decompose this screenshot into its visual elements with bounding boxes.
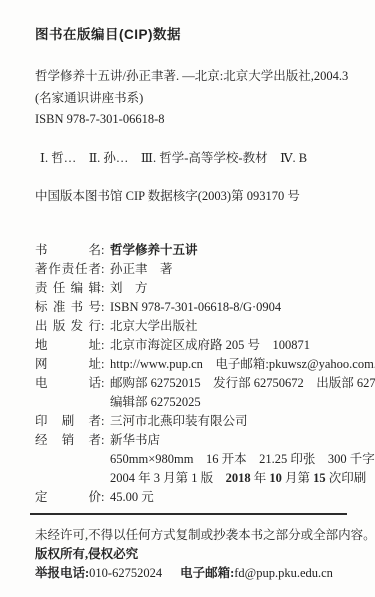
- publication-row-label: 定价: [35, 488, 101, 507]
- publication-row-label: 电话: [35, 374, 101, 393]
- report-email-label: 电子邮箱:: [180, 566, 234, 580]
- publication-row-value: 45.00 元: [110, 488, 154, 507]
- publication-row-value: 刘 方: [110, 279, 148, 298]
- publication-row-colon: :: [101, 374, 110, 393]
- publication-row-colon: [101, 450, 110, 469]
- cip-classification-line: Ⅰ. 哲… Ⅱ. 孙… Ⅲ. 哲学-高等学校-教材 Ⅳ. B: [40, 148, 375, 169]
- report-line: 举报电话:010-62752024电子邮箱:fd@pup.pku.edu.cn: [35, 564, 375, 583]
- publication-row-label: 地址: [35, 336, 101, 355]
- publication-row: 著作责任者:孙正聿 著: [35, 260, 375, 279]
- publication-row: 电话:邮购部 62752015 发行部 62750672 出版部 6275496…: [35, 374, 375, 393]
- publication-row-value: 650mm×980mm 16 开本 21.25 印张 300 千字: [110, 450, 375, 469]
- publication-value-part: 2018: [226, 471, 251, 485]
- publication-row: 印刷者:三河市北燕印装有限公司: [35, 412, 375, 431]
- publication-value-part: 10: [269, 471, 282, 485]
- publication-row: 地址:北京市海淀区成府路 205 号 100871: [35, 336, 375, 355]
- publication-row-value: 新华书店: [110, 431, 160, 450]
- publication-row-colon: :: [101, 241, 110, 260]
- publication-row-label: 书名: [35, 241, 101, 260]
- publication-row-label: 经销者: [35, 431, 101, 450]
- publication-row-colon: :: [101, 412, 110, 431]
- publication-row-colon: :: [101, 317, 110, 336]
- publication-row-colon: :: [101, 279, 110, 298]
- publication-row-label: [35, 393, 101, 412]
- publication-row-value: 北京大学出版社: [110, 317, 198, 336]
- copyright-statement: 版权所有,侵权必究: [35, 545, 375, 564]
- publication-value-part: 月第: [282, 471, 313, 485]
- publication-row-label: 责任编辑: [35, 279, 101, 298]
- publication-row: 书名:哲学修养十五讲: [35, 241, 375, 260]
- publication-row-colon: [101, 469, 110, 488]
- publication-row-value: 邮购部 62752015 发行部 62750672 出版部 62754962: [110, 374, 375, 393]
- publication-row-colon: :: [101, 488, 110, 507]
- publication-row: 定价:45.00 元: [35, 488, 375, 507]
- publication-info: 书名:哲学修养十五讲著作责任者:孙正聿 著责任编辑:刘 方标准书号:ISBN 9…: [35, 241, 375, 507]
- publication-row-value: 2004 年 3 月第 1 版 2018 年 10 月第 15 次印刷: [110, 469, 366, 488]
- publication-value-part: 2004 年 3 月第 1 版: [110, 471, 226, 485]
- publication-value-part: 年: [251, 471, 270, 485]
- copyright-notice: 未经许可,不得以任何方式复制或抄袭本书之部分或全部内容。 版权所有,侵权必究 举…: [35, 526, 375, 583]
- publication-row-label: 标准书号: [35, 298, 101, 317]
- publication-row-value: 三河市北燕印装有限公司: [110, 412, 248, 431]
- publication-row: 出版发行:北京大学出版社: [35, 317, 375, 336]
- publication-row: 网址:http://www.pup.cn 电子邮箱:pkuwsz@yahoo.c…: [35, 355, 375, 374]
- publication-row-colon: [101, 393, 110, 412]
- cip-block: 哲学修养十五讲/孙正聿著. —北京:北京大学出版社,2004.3 (名家通识讲座…: [35, 66, 375, 131]
- publication-row: 责任编辑:刘 方: [35, 279, 375, 298]
- publication-value-part: 15: [313, 471, 326, 485]
- publication-row-label: 著作责任者: [35, 260, 101, 279]
- report-phone-label: 举报电话:: [35, 566, 89, 580]
- publication-row: 编辑部 62752025: [35, 393, 375, 412]
- publication-row-value: http://www.pup.cn 电子邮箱:pkuwsz@yahoo.com.…: [110, 355, 375, 374]
- publication-row: 标准书号:ISBN 978-7-301-06618-8/G·0904: [35, 298, 375, 317]
- report-phone-value: 010-62752024: [89, 566, 162, 580]
- publication-row-value: 孙正聿 著: [110, 260, 173, 279]
- publication-row-colon: :: [101, 298, 110, 317]
- publication-row-colon: :: [101, 355, 110, 374]
- publication-row-value: 哲学修养十五讲: [110, 241, 198, 260]
- publication-row-label: 出版发行: [35, 317, 101, 336]
- notice-line: 未经许可,不得以任何方式复制或抄袭本书之部分或全部内容。: [35, 526, 375, 545]
- cip-series-line: (名家通识讲座书系): [35, 88, 375, 110]
- divider-rule: [30, 513, 347, 515]
- publication-row-label: 印刷者: [35, 412, 101, 431]
- cip-record-line: 中国版本图书馆 CIP 数据核字(2003)第 093170 号: [35, 186, 375, 207]
- cip-isbn-line: ISBN 978-7-301-06618-8: [35, 109, 375, 131]
- publication-row-colon: :: [101, 431, 110, 450]
- publication-row-value: ISBN 978-7-301-06618-8/G·0904: [110, 298, 281, 317]
- publication-row-colon: :: [101, 336, 110, 355]
- report-email-value: fd@pup.pku.edu.cn: [234, 566, 333, 580]
- publication-row: 经销者:新华书店: [35, 431, 375, 450]
- publication-value-part: 次印刷: [326, 471, 367, 485]
- cip-heading: 图书在版编目(CIP)数据: [35, 26, 375, 44]
- publication-row: 650mm×980mm 16 开本 21.25 印张 300 千字: [35, 450, 375, 469]
- publication-row-value: 北京市海淀区成府路 205 号 100871: [110, 336, 310, 355]
- publication-row-label: [35, 469, 101, 488]
- publication-row-label: [35, 450, 101, 469]
- publication-row: 2004 年 3 月第 1 版 2018 年 10 月第 15 次印刷: [35, 469, 375, 488]
- publication-row-value: 编辑部 62752025: [110, 393, 201, 412]
- publication-row-colon: :: [101, 260, 110, 279]
- copyright-page: 图书在版编目(CIP)数据 哲学修养十五讲/孙正聿著. —北京:北京大学出版社,…: [0, 0, 375, 597]
- publication-row-label: 网址: [35, 355, 101, 374]
- cip-description-line: 哲学修养十五讲/孙正聿著. —北京:北京大学出版社,2004.3: [35, 66, 375, 88]
